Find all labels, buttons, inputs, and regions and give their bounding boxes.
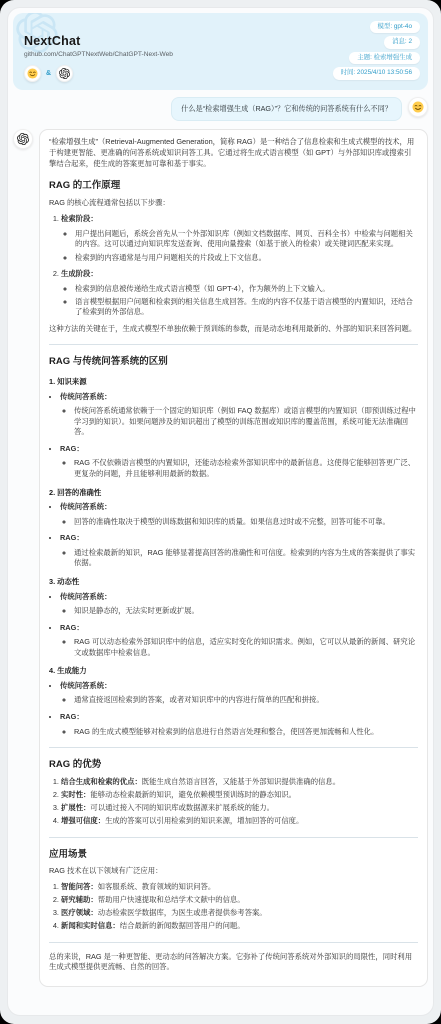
user-message-bubble: 什么是“检索增强生成（RAG）”？它和传统的问答系统有什么不同？ <box>171 97 402 121</box>
list-item: 回答的准确性取决于模型的训练数据和知识库的质量。如果信息过时或不完整，回答可能不… <box>74 517 418 528</box>
list-item: RAG：RAG 不仅依赖语言模型的内置知识，还能动态检索外部知识库中的最新信息。… <box>60 444 418 480</box>
smiley-icon <box>27 68 38 79</box>
list-item-label: 实时性： <box>61 790 90 799</box>
list-item: 传统问答系统：通常直接返回检索到的答案，或者对知识库中的内容进行简单的匹配和拼接… <box>60 681 418 706</box>
list-item-label: RAG： <box>60 712 84 721</box>
user-avatar <box>408 97 428 117</box>
assistant-paragraph: RAG 的核心流程通常包括以下步骤： <box>49 198 418 209</box>
assistant-paragraph: 总的来说，RAG 是一种更智能、更动态的问答解决方案。它弥补了传统问答系统对外部… <box>49 952 418 973</box>
list-item: 结合生成和检索的优点：既能生成自然语言回答，又能基于外部知识提供准确的信息。 <box>61 777 418 788</box>
bullet-list: 传统问答系统：传统问答系统通常依赖于一个固定的知识库（例如 FAQ 数据库）或语… <box>49 392 418 480</box>
list-item: 通常直接返回检索到的答案，或者对知识库中的内容进行简单的匹配和拼接。 <box>74 695 418 706</box>
assistant-paragraph: 这种方法的关键在于，生成式模型不单独依赖于预训练的参数，而是动态地利用最新的、外… <box>49 324 418 335</box>
list-item: 增强可信度：生成的答案可以引用检索到的知识来源，增加回答的可信度。 <box>61 816 418 827</box>
list-item: 用户提出问题后，系统会首先从一个外部知识库（例如文档数据库、网页、百科全书）中检… <box>75 229 418 250</box>
list-item: 传统问答系统：回答的准确性取决于模型的训练数据和知识库的质量。如果信息过时或不完… <box>60 502 418 527</box>
section-heading: RAG 与传统问答系统的区别 <box>49 355 418 369</box>
list-item-label: 结合生成和检索的优点： <box>61 777 142 786</box>
openai-icon <box>17 133 29 145</box>
bullet-list: 传统问答系统：知识是静态的，无法实时更新或扩展。RAG：RAG 可以动态检索外部… <box>49 592 418 659</box>
list-item: 传统问答系统通常依赖于一个固定的知识库（例如 FAQ 数据库）或语言模型的内置知… <box>74 406 418 438</box>
user-message-row: 什么是“检索增强生成（RAG）”？它和传统的问答系统有什么不同？ <box>13 97 428 121</box>
list-item: RAG：RAG 可以动态检索外部知识库中的信息，适应实时变化的知识需求。例如，它… <box>60 623 418 659</box>
meta-pill: 消息: 2 <box>384 36 420 48</box>
assistant-message-content: “检索增强生成”（Retrieval-Augmented Generation，… <box>39 129 428 986</box>
meta-pill: 模型: gpt-4o <box>370 21 420 33</box>
bullet-list: RAG 不仅依赖语言模型的内置知识，还能动态检索外部知识库中的最新信息。这使得它… <box>60 458 418 479</box>
list-item: 研究辅助：帮助用户快速提取和总结学术文献中的信息。 <box>61 895 418 906</box>
bullet-list: RAG 可以动态检索外部知识库中的信息，适应实时变化的知识需求。例如，它可以从最… <box>60 637 418 658</box>
list-item-label: RAG： <box>60 623 84 632</box>
bullet-list: 通过检索最新的知识，RAG 能够显著提高回答的准确性和可信度。检索到的内容为生成… <box>60 548 418 569</box>
list-item-label: 新闻和实时信息： <box>61 921 120 930</box>
ordered-list: 检索阶段：用户提出问题后，系统会首先从一个外部知识库（例如文档数据库、网页、百科… <box>49 214 418 318</box>
assistant-message-row: “检索增强生成”（Retrieval-Augmented Generation，… <box>13 129 428 986</box>
chat-export-page: NextChat github.com/ChatGPTNextWeb/ChatG… <box>0 0 441 1024</box>
smiley-icon <box>412 101 424 113</box>
section-heading: RAG 的优势 <box>49 758 418 772</box>
divider <box>49 942 418 943</box>
participants-separator: & <box>46 70 51 77</box>
divider <box>49 344 418 345</box>
list-item-label: 传统问答系统： <box>60 592 111 601</box>
list-item: 检索到的内容通常是与用户问题相关的片段或上下文信息。 <box>75 253 418 264</box>
list-item: 智能问答：如客服系统、教育领域的知识问答。 <box>61 882 418 893</box>
assistant-paragraph: “检索增强生成”（Retrieval-Augmented Generation，… <box>49 137 418 169</box>
list-item-label: 医疗领域： <box>61 908 98 917</box>
bullet-list: RAG 的生成式模型能够对检索到的信息进行自然语言处理和整合，使回答更加流畅和人… <box>60 727 418 738</box>
list-item: RAG 可以动态检索外部知识库中的信息，适应实时变化的知识需求。例如，它可以从最… <box>74 637 418 658</box>
list-item: 通过检索最新的知识，RAG 能够显著提高回答的准确性和可信度。检索到的内容为生成… <box>74 548 418 569</box>
bullet-list: 回答的准确性取决于模型的训练数据和知识库的质量。如果信息过时或不完整，回答可能不… <box>60 517 418 528</box>
chat-export-frame: NextChat github.com/ChatGPTNextWeb/ChatG… <box>7 7 434 1016</box>
list-item: 实时性：能够动态检索最新的知识，避免依赖模型预训练时的静态知识。 <box>61 790 418 801</box>
subsection-heading: 4. 生成能力 <box>49 666 418 677</box>
list-item: 知识是静态的，无法实时更新或扩展。 <box>74 606 418 617</box>
bullet-list: 传统问答系统：回答的准确性取决于模型的训练数据和知识库的质量。如果信息过时或不完… <box>49 502 418 569</box>
assistant-paragraph: RAG 技术在以下领域有广泛应用： <box>49 866 418 877</box>
ordered-list: 智能问答：如客服系统、教育领域的知识问答。研究辅助：帮助用户快速提取和总结学术文… <box>49 882 418 932</box>
meta-pill: 时间: 2025/4/10 13:50:56 <box>333 67 420 79</box>
assistant-avatar <box>56 65 73 82</box>
assistant-avatar <box>13 129 33 149</box>
list-item: 检索到的信息被传递给生成式语言模型（如 GPT-4），作为额外的上下文输入。 <box>75 284 418 295</box>
openai-icon <box>59 68 70 79</box>
list-item: 传统问答系统：知识是静态的，无法实时更新或扩展。 <box>60 592 418 617</box>
divider <box>49 837 418 838</box>
subsection-heading: 1. 知识来源 <box>49 377 418 388</box>
list-item: 检索阶段：用户提出问题后，系统会首先从一个外部知识库（例如文档数据库、网页、百科… <box>61 214 418 263</box>
chat-header-card: NextChat github.com/ChatGPTNextWeb/ChatG… <box>13 13 428 90</box>
section-heading: RAG 的工作原理 <box>49 179 418 193</box>
list-item: 传统问答系统：传统问答系统通常依赖于一个固定的知识库（例如 FAQ 数据库）或语… <box>60 392 418 438</box>
list-item-label: 检索阶段： <box>61 214 98 223</box>
list-item-label: 扩展性： <box>61 803 90 812</box>
list-item-label: RAG： <box>60 533 84 542</box>
divider <box>49 747 418 748</box>
user-avatar <box>24 65 41 82</box>
subsection-heading: 2. 回答的准确性 <box>49 488 418 499</box>
list-item: RAG 不仅依赖语言模型的内置知识，还能动态检索外部知识库中的最新信息。这使得它… <box>74 458 418 479</box>
list-item: RAG：通过检索最新的知识，RAG 能够显著提高回答的准确性和可信度。检索到的内… <box>60 533 418 569</box>
bullet-list: 传统问答系统通常依赖于一个固定的知识库（例如 FAQ 数据库）或语言模型的内置知… <box>60 406 418 438</box>
bullet-list: 用户提出问题后，系统会首先从一个外部知识库（例如文档数据库、网页、百科全书）中检… <box>61 229 418 263</box>
list-item: 医疗领域：动态检索医学数据库，为医生或患者提供参考答案。 <box>61 908 418 919</box>
list-item-label: 生成阶段： <box>61 269 98 278</box>
list-item-label: 传统问答系统： <box>60 681 111 690</box>
list-item: 生成阶段：检索到的信息被传递给生成式语言模型（如 GPT-4），作为额外的上下文… <box>61 269 418 318</box>
bullet-list: 知识是静态的，无法实时更新或扩展。 <box>60 606 418 617</box>
list-item-label: 传统问答系统： <box>60 392 111 401</box>
list-item-label: 智能问答： <box>61 882 98 891</box>
list-item: RAG：RAG 的生成式模型能够对检索到的信息进行自然语言处理和整合，使回答更加… <box>60 712 418 737</box>
list-item: 扩展性：可以通过接入不同的知识库或数据源来扩展系统的能力。 <box>61 803 418 814</box>
bullet-list: 检索到的信息被传递给生成式语言模型（如 GPT-4），作为额外的上下文输入。语言… <box>61 284 418 318</box>
section-heading: 应用场景 <box>49 848 418 862</box>
list-item: 语言模型根据用户问题和检索到的相关信息生成回答。生成的内容不仅基于语言模型的内置… <box>75 297 418 318</box>
list-item-label: 传统问答系统： <box>60 502 111 511</box>
subsection-heading: 3. 动态性 <box>49 577 418 588</box>
list-item: 新闻和实时信息：结合最新的新闻数据回答用户的问题。 <box>61 921 418 932</box>
chat-meta-pills: 模型: gpt-4o消息: 2主题: 检索增强生成时间: 2025/4/10 1… <box>333 21 420 80</box>
ordered-list: 结合生成和检索的优点：既能生成自然语言回答，又能基于外部知识提供准确的信息。实时… <box>49 777 418 827</box>
meta-pill: 主题: 检索增强生成 <box>349 52 420 64</box>
list-item-label: 研究辅助： <box>61 895 98 904</box>
bullet-list: 传统问答系统：通常直接返回检索到的答案，或者对知识库中的内容进行简单的匹配和拼接… <box>49 681 418 737</box>
bullet-list: 通常直接返回检索到的答案，或者对知识库中的内容进行简单的匹配和拼接。 <box>60 695 418 706</box>
list-item-label: RAG： <box>60 444 84 453</box>
list-item-label: 增强可信度： <box>61 816 105 825</box>
list-item: RAG 的生成式模型能够对检索到的信息进行自然语言处理和整合，使回答更加流畅和人… <box>74 727 418 738</box>
